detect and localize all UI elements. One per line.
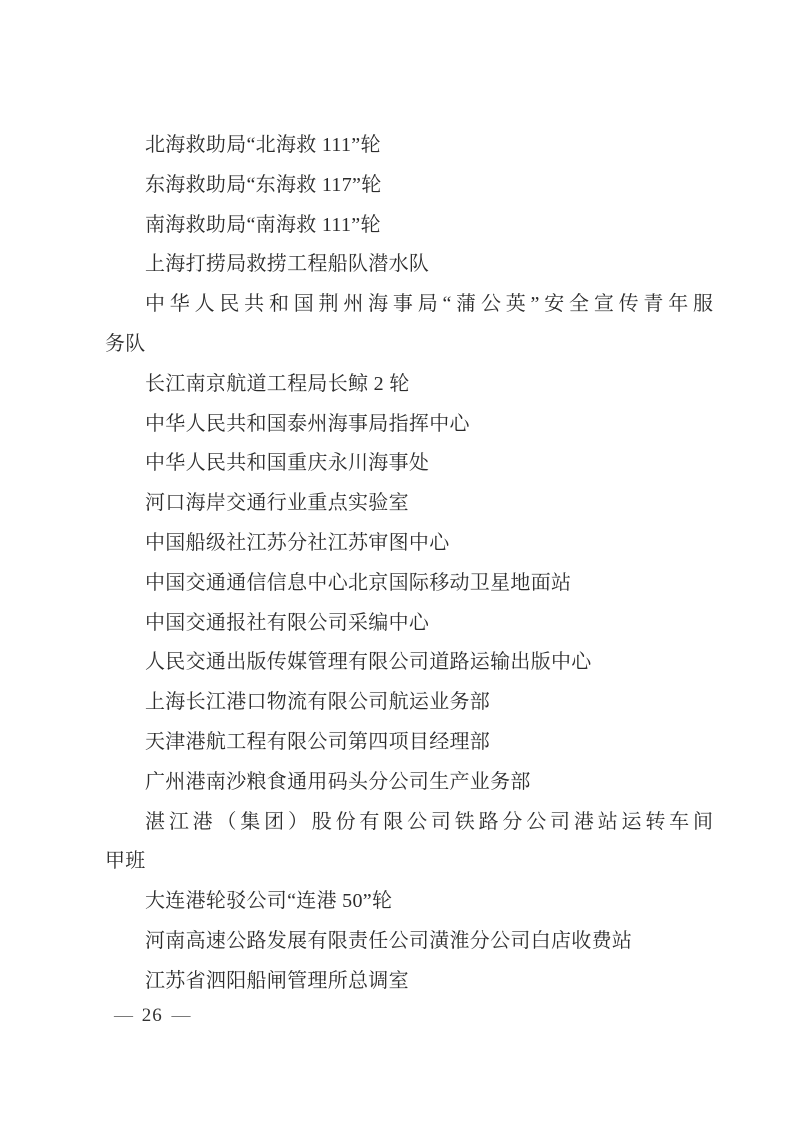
text-line: 湛江港（集团）股份有限公司铁路分公司港站运转车间 — [105, 803, 713, 843]
footer-dash-right: — — [168, 1005, 195, 1026]
text-line: 上海打捞局救捞工程船队潜水队 — [105, 245, 713, 285]
text-line: 东海救助局“东海救 117”轮 — [105, 166, 713, 206]
text-line: 长江南京航道工程局长鲸 2 轮 — [105, 365, 713, 405]
text-line: 河南高速公路发展有限责任公司潢淮分公司白店收费站 — [105, 922, 713, 962]
text-line: 天津港航工程有限公司第四项目经理部 — [105, 723, 713, 763]
text-line: 大连港轮驳公司“连港 50”轮 — [105, 882, 713, 922]
text-line: 北海救助局“北海救 111”轮 — [105, 126, 713, 166]
text-line: 中国船级社江苏分社江苏审图中心 — [105, 524, 713, 564]
text-line: 中国交通报社有限公司采编中心 — [105, 604, 713, 644]
text-line: 中华人民共和国泰州海事局指挥中心 — [105, 405, 713, 445]
text-line: 务队 — [105, 325, 713, 365]
text-line: 南海救助局“南海救 111”轮 — [105, 206, 713, 246]
text-line: 甲班 — [105, 842, 713, 882]
text-line: 中华人民共和国重庆永川海事处 — [105, 444, 713, 484]
text-line: 广州港南沙粮食通用码头分公司生产业务部 — [105, 763, 713, 803]
text-line: 河口海岸交通行业重点实验室 — [105, 484, 713, 524]
document-page: 北海救助局“北海救 111”轮东海救助局“东海救 117”轮南海救助局“南海救 … — [0, 0, 793, 1122]
text-line: 上海长江港口物流有限公司航运业务部 — [105, 683, 713, 723]
page-footer: — 26 — — [110, 1001, 195, 1031]
award-recipient-list: 北海救助局“北海救 111”轮东海救助局“东海救 117”轮南海救助局“南海救 … — [105, 126, 713, 1002]
text-line: 中华人民共和国荆州海事局“蒲公英”安全宣传青年服 — [105, 285, 713, 325]
footer-dash-left: — — [110, 1005, 137, 1026]
page-number: 26 — [142, 1005, 163, 1026]
text-line: 江苏省泗阳船闸管理所总调室 — [105, 962, 713, 1002]
text-line: 中国交通通信信息中心北京国际移动卫星地面站 — [105, 564, 713, 604]
text-line: 人民交通出版传媒管理有限公司道路运输出版中心 — [105, 643, 713, 683]
